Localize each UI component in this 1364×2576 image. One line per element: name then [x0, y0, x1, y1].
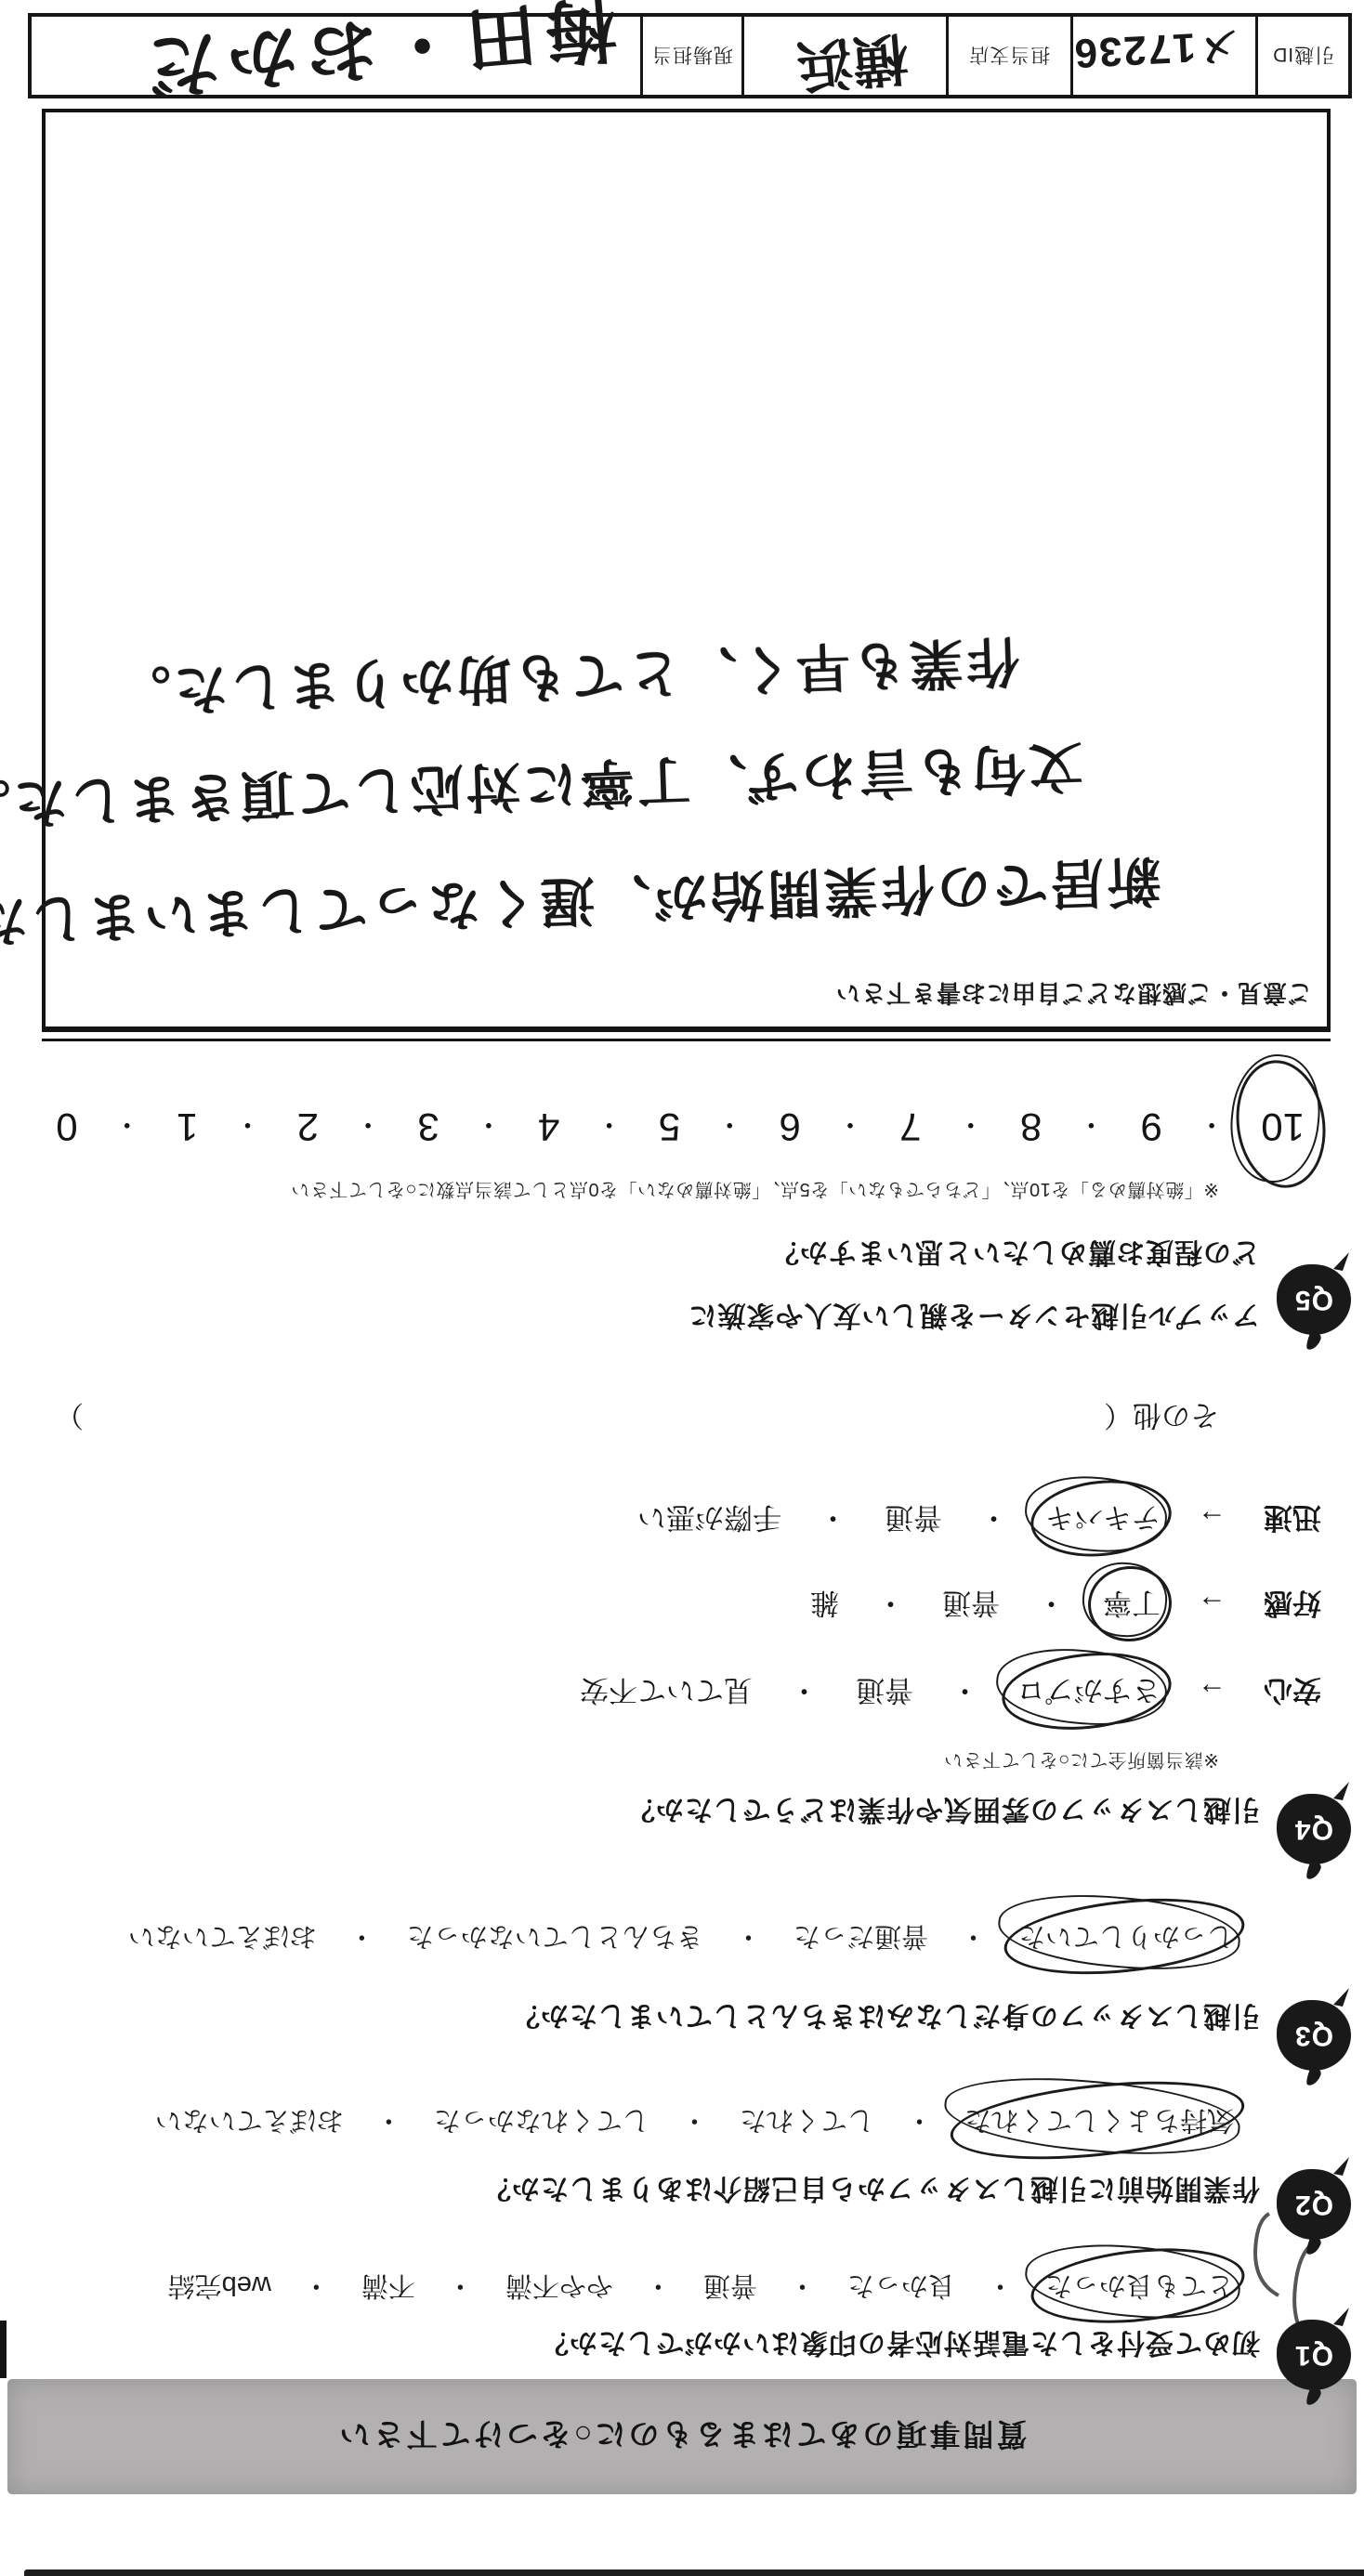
q1-question-text: 初めて受付をした電話対応者の印象はいかがでしたか？	[540, 2325, 1260, 2366]
q4-other-close-paren: ）	[55, 1397, 84, 1439]
q5-scale-number[interactable]: 9	[1141, 1105, 1162, 1149]
q3-option-selected[interactable]: しっかりしていた	[1018, 1919, 1234, 1957]
q5-nps-scale: 10 ・ 9 ・ 8 ・ 7 ・ 6 ・ 5 ・ 4 ・ 3 ・ 2 ・ 1 ・…	[56, 1105, 1305, 1149]
option-separator: ・	[447, 2269, 474, 2307]
survey-sheet-upside-down: 質問事項のあてはまるものに○をつけて下さい Q1 初めて受付をした電話対応者の印…	[0, 0, 1364, 2576]
q5-scale-number[interactable]: 7	[899, 1105, 921, 1149]
arrow-icon: →	[1198, 1677, 1226, 1710]
q4-row-anshin: 安心 → さすがプロ ・ 普通 ・ 見ていて不安	[580, 1672, 1321, 1714]
scanner-edge-artifact-top	[24, 2569, 1364, 2576]
moving-id-value-cell: メ172364	[1070, 17, 1255, 95]
q4-other-close: ）	[55, 1397, 84, 1439]
q4-row-label: 好感	[1264, 1585, 1321, 1627]
option-separator: ・	[303, 2269, 330, 2307]
q3-options-row: しっかりしていた ・ 普通だった ・ きちんとしていなかった ・ おぼえていない	[128, 1919, 1234, 1957]
q1-option[interactable]: 不満	[361, 2269, 415, 2307]
q5-scale-number[interactable]: 4	[538, 1105, 559, 1149]
q2-option[interactable]: してくれなかった	[434, 2103, 649, 2141]
q4-other-open: その他（	[1104, 1397, 1219, 1439]
q5-badge-label: Q5	[1294, 1284, 1333, 1315]
q5-question-text-line2: どの程度お薦めしたいと思いますか？	[770, 1235, 1260, 1275]
branch-label-cell: 担当支店	[946, 17, 1071, 95]
q4-row-label: 安心	[1264, 1672, 1321, 1714]
q5-scale-number[interactable]: 0	[56, 1105, 77, 1149]
moving-id-label-cell: 引越ID	[1255, 17, 1348, 95]
option-separator: ・	[375, 2103, 402, 2141]
staff-label: 現場担当	[651, 42, 733, 70]
q1-badge-icon: Q1	[1277, 2320, 1351, 2390]
q2-option[interactable]: おぼえていない	[155, 2103, 344, 2141]
option-separator: ・	[645, 2269, 672, 2307]
scale-separator: ・	[1198, 1106, 1226, 1147]
handwritten-comment-line1: 新居での作業開始が、遅くなってしまいましたが、	[0, 846, 1162, 970]
q1-options-row: とても良かった ・ 良かった ・ 普通 ・ やや不満 ・ 不満 ・ web完結	[168, 2269, 1234, 2307]
q4-row-label: 迅速	[1264, 1499, 1321, 1541]
q1-option[interactable]: 普通	[703, 2269, 757, 2307]
q2-options-row: 気持ちよくしてくれた ・ してくれた ・ してくれなかった ・ おぼえていない	[155, 2103, 1234, 2141]
scale-separator: ・	[354, 1106, 382, 1147]
branch-label: 担当支店	[968, 42, 1050, 70]
q3-badge-icon: Q3	[1277, 2000, 1351, 2071]
scanner-edge-artifact-side	[0, 2321, 7, 2378]
scale-separator: ・	[715, 1106, 743, 1147]
q5-scale-number[interactable]: 6	[779, 1105, 800, 1149]
scanned-survey-screenshot: 質問事項のあてはまるものに○をつけて下さい Q1 初めて受付をした電話対応者の印…	[0, 0, 1364, 2576]
q4-row3-option-selected[interactable]: テキパキ	[1045, 1499, 1161, 1541]
scale-separator: ・	[836, 1106, 864, 1147]
option-separator: ・	[348, 1919, 375, 1957]
q4-badge-label: Q4	[1294, 1813, 1333, 1845]
q4-row3-option[interactable]: 普通	[885, 1499, 942, 1541]
q5-scale-number[interactable]: 8	[1020, 1105, 1042, 1149]
handwritten-staff-names: 梅田・おかだ	[135, 0, 622, 124]
scale-separator: ・	[596, 1106, 623, 1147]
q5-badge-icon: Q5	[1277, 1264, 1351, 1335]
scale-separator: ・	[475, 1106, 503, 1147]
q1-badge-label: Q1	[1294, 2339, 1333, 2371]
scale-separator: ・	[957, 1106, 985, 1147]
scale-separator: ・	[113, 1106, 141, 1147]
option-separator: ・	[979, 1499, 1008, 1541]
q4-row2-option[interactable]: 普通	[942, 1585, 1000, 1627]
q1-option[interactable]: web完結	[168, 2269, 271, 2307]
q5-scale-number[interactable]: 3	[417, 1105, 439, 1149]
q1-option[interactable]: 良かった	[847, 2269, 955, 2307]
scale-separator: ・	[233, 1106, 261, 1147]
q4-badge-icon: Q4	[1277, 1794, 1351, 1864]
comment-box: ご意見・ご感想などご自由にお書き下さい 新居での作業開始が、遅くなってしまいまし…	[42, 109, 1331, 1032]
q4-other-label: その他（	[1104, 1397, 1219, 1439]
option-separator: ・	[906, 2103, 933, 2141]
q3-question-text: 引越しスタッフの身だしなみはきちんとしていましたか？	[511, 1998, 1260, 2039]
q5-scale-number[interactable]: 5	[659, 1105, 680, 1149]
handwritten-comment-line3: 作業も早く、とても助かりました。	[113, 626, 1021, 736]
q3-option[interactable]: おぼえていない	[128, 1919, 317, 1957]
instruction-banner: 質問事項のあてはまるものに○をつけて下さい	[7, 2379, 1357, 2494]
q2-option-selected[interactable]: 気持ちよくしてくれた	[964, 2103, 1234, 2141]
handwritten-branch: 横浜	[793, 21, 912, 111]
q3-badge-label: Q3	[1294, 2020, 1333, 2051]
arrow-icon: →	[1198, 1504, 1226, 1537]
instruction-banner-text: 質問事項のあてはまるものに○をつけて下さい	[337, 2415, 1028, 2459]
q4-row1-option[interactable]: 見ていて不安	[580, 1672, 753, 1714]
q3-option[interactable]: 普通だった	[793, 1919, 928, 1957]
q4-note: ※該当箇所全てに○をして下さい	[944, 1748, 1219, 1775]
branch-value-cell: 横浜	[741, 17, 945, 95]
moving-id-label: 引越ID	[1272, 42, 1334, 70]
option-separator: ・	[789, 2269, 816, 2307]
q4-row-kokan: 好感 → 丁寧 ・ 普通 ・ 雑	[810, 1585, 1321, 1627]
q5-scale-number[interactable]: 1	[177, 1105, 198, 1149]
q2-question-text: 作業開始前に引越しスタッフから自己紹介はありましたか？	[482, 2171, 1260, 2212]
q1-option-selected[interactable]: とても良かった	[1045, 2269, 1234, 2307]
q4-row3-option[interactable]: 手際が悪い	[637, 1499, 781, 1541]
option-separator: ・	[735, 1919, 762, 1957]
q4-row-jinsoku: 迅速 → テキパキ ・ 普通 ・ 手際が悪い	[637, 1499, 1321, 1541]
staff-value-cell: 梅田・おかだ	[32, 17, 640, 95]
q4-row2-option-selected[interactable]: 丁寧	[1103, 1585, 1161, 1627]
q4-row2-option[interactable]: 雑	[810, 1585, 839, 1627]
option-separator: ・	[1037, 1585, 1066, 1627]
footer-info-table: 引越ID メ172364 担当支店 横浜 現場担当 梅田・おかだ	[28, 13, 1352, 98]
option-separator: ・	[681, 2103, 708, 2141]
q5-scale-number[interactable]: 2	[297, 1105, 319, 1149]
q2-badge-label: Q2	[1294, 2189, 1333, 2220]
q4-row1-option[interactable]: 普通	[856, 1672, 913, 1714]
q2-option[interactable]: してくれた	[740, 2103, 874, 2141]
comment-box-label: ご意見・ご感想などご自由にお書き下さい	[835, 977, 1312, 1012]
q4-row1-option-selected[interactable]: さすがプロ	[1016, 1672, 1161, 1714]
option-separator: ・	[960, 1919, 987, 1957]
scale-separator: ・	[1077, 1106, 1105, 1147]
q5-scale-selected[interactable]: 10	[1261, 1105, 1305, 1149]
option-separator: ・	[790, 1672, 819, 1714]
handwritten-comment-line2: 文句も言わず、丁寧に対応して頂きました。	[0, 732, 1084, 849]
staff-label-cell: 現場担当	[640, 17, 742, 95]
q2-badge-icon: Q2	[1277, 2169, 1351, 2240]
option-separator: ・	[951, 1672, 979, 1714]
option-separator: ・	[987, 2269, 1014, 2307]
handwritten-moving-id: メ172364	[1047, 20, 1240, 89]
q1-option[interactable]: やや不満	[505, 2269, 613, 2307]
arrow-icon: →	[1198, 1589, 1226, 1623]
option-separator: ・	[819, 1499, 847, 1541]
q5-question-text-line1: アップル引越センターを親しい友人や家族に	[689, 1298, 1261, 1339]
q3-option[interactable]: きちんとしていなかった	[407, 1919, 703, 1957]
q4-question-text: 引越しスタッフの雰囲気や作業はどうでしたか？	[626, 1792, 1260, 1833]
comment-box-double-rule	[42, 1039, 1331, 1041]
option-separator: ・	[876, 1585, 905, 1627]
q5-note: ※「絶対薦める」を10点、「どちらでもない」を5点、「絶対薦めない」を0点として…	[291, 1178, 1219, 1205]
